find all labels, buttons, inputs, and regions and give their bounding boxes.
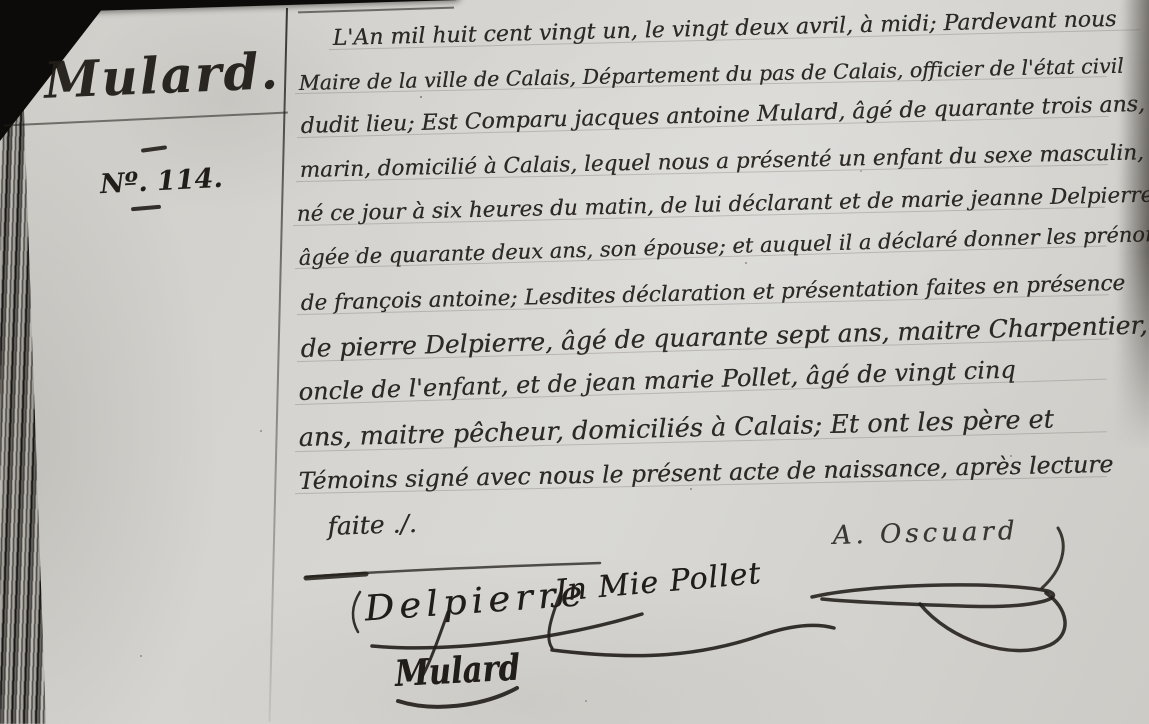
official-d-curl — [1042, 528, 1063, 588]
act-body-line: ans, maitre pêcheur, domiciliés à Calais… — [298, 405, 1054, 453]
ink-dash-below — [131, 205, 161, 212]
margin-surname: Mulard. — [43, 41, 281, 110]
act-body-line: L'An mil huit cent vingt un, le vingt de… — [332, 7, 1116, 51]
delpierre-paren-stroke — [353, 592, 360, 632]
official-paraph-loop — [920, 593, 1065, 651]
act-body-line: marin, domicilié à Calais, lequel nous a… — [299, 140, 1144, 183]
signature-witness-pollet: Jn Mie Pollet — [553, 556, 763, 609]
margin-divider-line — [269, 8, 288, 722]
ruled-line — [4, 112, 288, 126]
act-body-line: Maire de la ville de Calais, Département… — [298, 54, 1123, 95]
act-body-line: âgée de quarante deux ans, son épouse; e… — [298, 222, 1149, 270]
act-body-line: faite ./. — [327, 509, 417, 541]
act-body-line: de françois antoine; Lesdites déclaratio… — [300, 271, 1125, 316]
act-body-line: dudit lieu; Est Comparu jacques antoine … — [300, 92, 1145, 139]
register-page-scan: Mulard. Nº. 114. L'An mil huit cent ving… — [0, 0, 1149, 724]
official-flat-loop — [812, 585, 1053, 607]
act-body-line: de pierre Delpierre, âgé de quarante sep… — [300, 310, 1148, 363]
pollet-swash — [552, 625, 834, 655]
closing-mark-stroke-bold — [306, 574, 366, 578]
act-body-line: Témoins signé avec nous le présent acte … — [298, 450, 1113, 495]
ink-dash-above — [141, 145, 167, 153]
page-top-edge-line — [298, 7, 454, 14]
act-body-line: oncle de l'enfant, et de jean marie Poll… — [298, 355, 1016, 406]
signature-official: A. Oscuard — [832, 516, 1019, 551]
margin-act-number: Nº. 114. — [99, 163, 223, 200]
act-body-line: né ce jour à six heures du matin, de lui… — [296, 182, 1149, 227]
signature-father-mulard: Mulard — [394, 647, 521, 695]
